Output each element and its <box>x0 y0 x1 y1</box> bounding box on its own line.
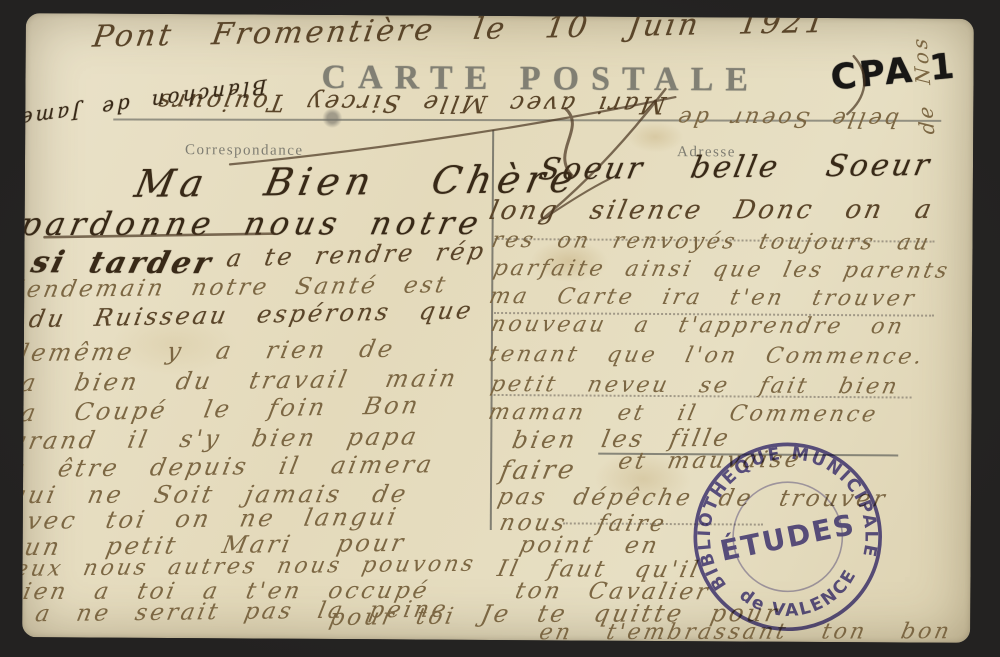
handwriting-line: faire <box>497 455 579 486</box>
handwriting-line: pardonne nous notre <box>22 204 487 243</box>
handwriting-line: a Coupé le foin Bon <box>22 391 423 427</box>
handwriting-line: tenant que l'on Commence. <box>486 342 927 370</box>
stamp-top-arc-text: BIBLIOTHEQUE MUNICIPALE <box>678 427 887 596</box>
library-stamp: BIBLIOTHEQUE MUNICIPALE de VALENCE ÉTUDE… <box>664 413 912 643</box>
handwriting-line: nouveau a t'apprendre on <box>489 312 908 339</box>
photo-background: CARTE POSTALE Correspondance Adresse CPA… <box>0 0 1000 657</box>
handwriting-line: parfaite ainsi que les parents <box>491 256 953 284</box>
svg-text:BIBLIOTHEQUE MUNICIPALE: BIBLIOTHEQUE MUNICIPALE <box>678 427 887 596</box>
inverted-handwriting-right: belle Soeur de <box>673 105 901 131</box>
correspondance-label: Correspondance <box>185 142 304 160</box>
handwriting-salutation-right: Soeur belle Soeur <box>536 148 935 188</box>
handwriting-line: point en <box>517 532 662 559</box>
handwriting-line: pour toi <box>327 604 458 631</box>
handwriting-line: res on renvoyés toujours au <box>489 228 933 256</box>
handwriting-line: demême y a rien de <box>22 335 398 367</box>
cpa-catalog-mark: CPA 1 <box>829 46 959 98</box>
library-stamp-svg: BIBLIOTHEQUE MUNICIPALE de VALENCE ÉTUDE… <box>664 413 912 643</box>
postcard: CARTE POSTALE Correspondance Adresse CPA… <box>22 13 974 643</box>
handwriting-line: a être depuis il aimera <box>22 450 437 483</box>
handwriting-line: ma Carte ira t'en trouver <box>487 284 919 312</box>
handwriting-line: petit neveu se fait bien <box>488 372 902 399</box>
handwritten-dateline: Pont Fromentière le 10 Juin 1921 <box>90 13 830 55</box>
handwriting-line: long silence Donc on a <box>487 195 937 226</box>
